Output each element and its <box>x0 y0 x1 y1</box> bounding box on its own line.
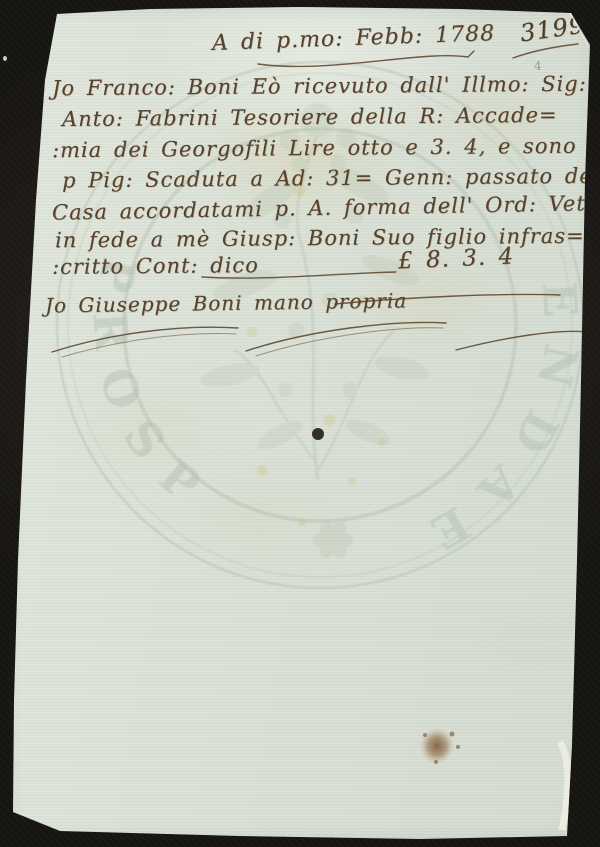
document-paper: PROSP ENDAE <box>0 0 600 847</box>
background-speck <box>3 56 7 61</box>
manuscript-line-2: Anto: Fabrini Tesoriere della R: Accade= <box>62 103 558 131</box>
manuscript-line-1: Jo Franco: Boni Eò ricevuto dall' Illmo:… <box>52 72 587 101</box>
seal-motto-right-text: ENDAE <box>401 280 589 572</box>
manuscript-line-4: p Pig: Scaduta a Ad: 31= Genn: passato d… <box>62 164 600 193</box>
photo-background: PROSP ENDAE <box>0 0 600 847</box>
amount-value: £ 8. 3. 4 <box>397 243 514 274</box>
manuscript-line-3: :mia dei Georgofili Lire otto e 3. 4, e … <box>52 134 577 163</box>
small-annotation: 4 <box>534 59 543 73</box>
signature: Jo Giuseppe Boni mano propria <box>45 288 408 317</box>
seal-motto-right: ENDAE <box>401 280 589 572</box>
seal-rosette <box>313 522 353 558</box>
manuscript-line-7: :critto Cont: dico <box>52 253 259 279</box>
